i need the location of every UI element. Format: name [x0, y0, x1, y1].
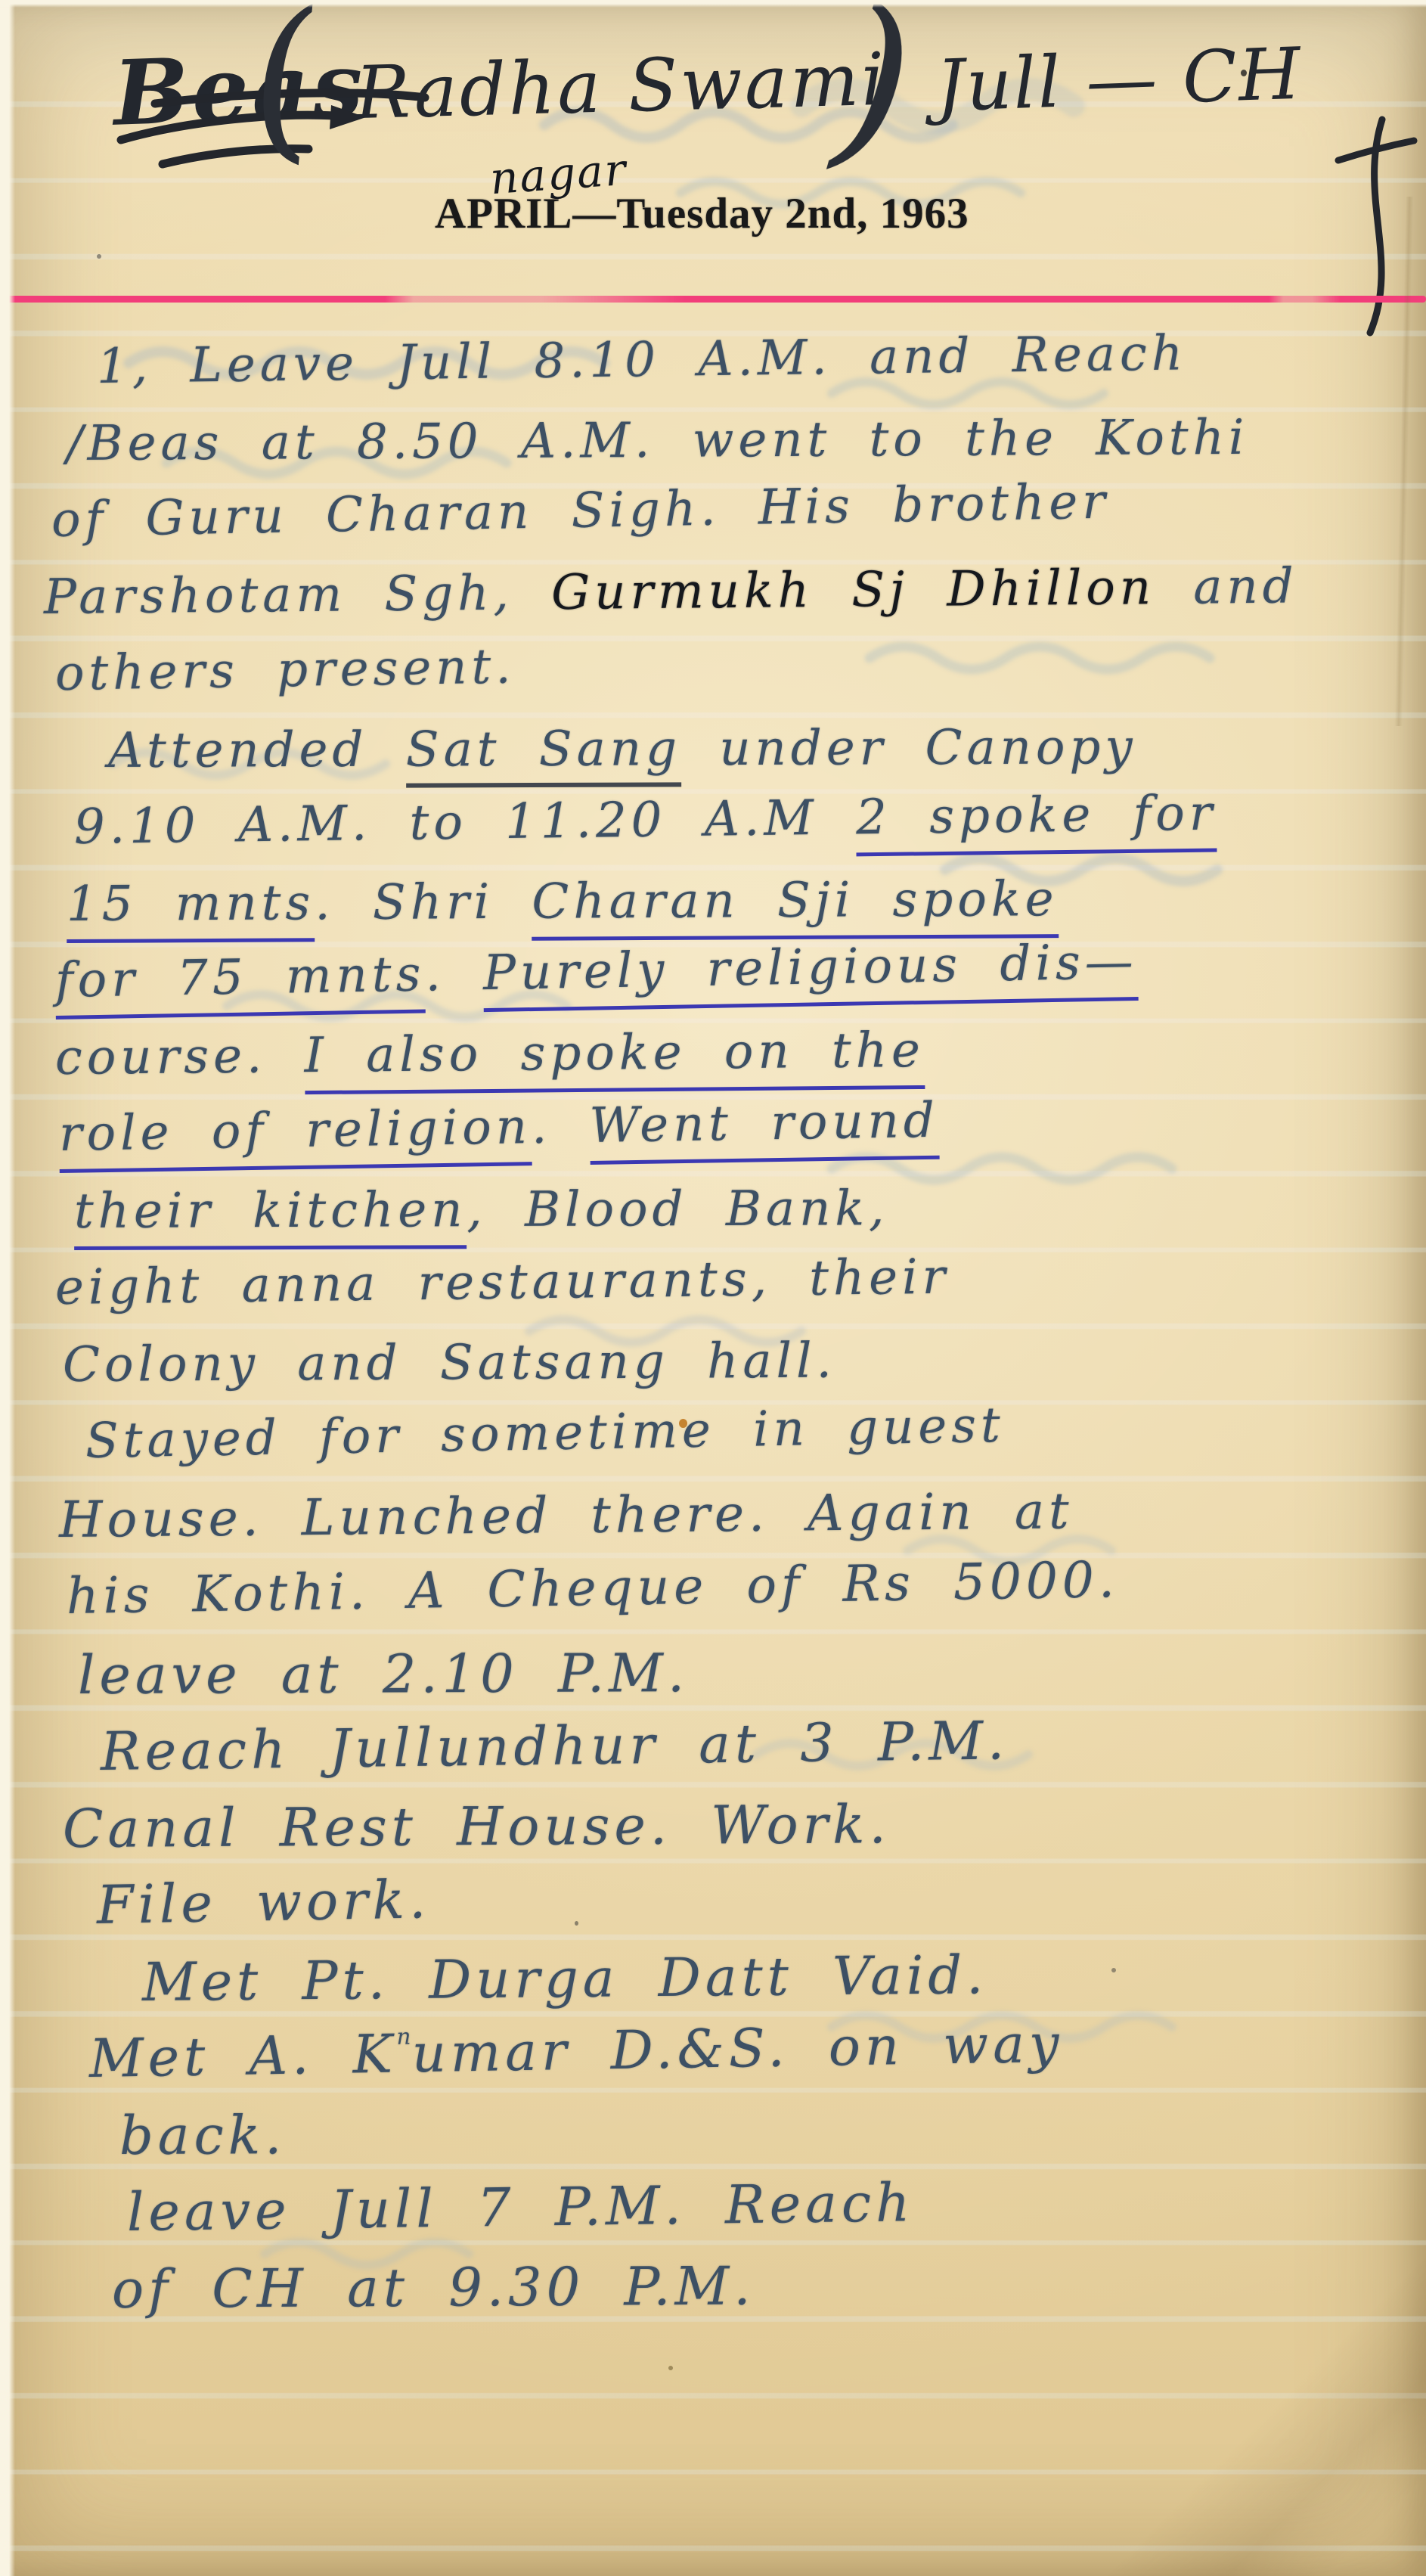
handwritten-text: I also spoke on the: [304, 1022, 925, 1094]
handwritten-line: House. Lunched there. Again at: [59, 1482, 1074, 1549]
handwritten-text: Colony and Satsang hall.: [63, 1333, 836, 1392]
handwritten-text: 2 spoke for: [856, 786, 1217, 857]
handwritten-text: .: [531, 1098, 590, 1155]
handwritten-text: Met A. K: [88, 2023, 397, 2090]
scan-edge-top: [0, 0, 1426, 8]
route-text: Jull — CH: [935, 33, 1304, 129]
handwritten-line: eight anna restaurants, their: [55, 1249, 950, 1316]
handwritten-text: File work.: [96, 1868, 431, 1936]
handwritten-text: Went round: [589, 1093, 940, 1165]
handwritten-text: . Shri: [315, 874, 532, 931]
scan-edge-left: [0, 0, 15, 2576]
handwritten-text: /Beas at 8.50 A.M. went to the Kothi: [67, 409, 1249, 471]
handwritten-line: leave Jull 7 P.M. Reach: [126, 2171, 914, 2243]
handwritten-text: their kitchen: [74, 1182, 467, 1250]
handwritten-text: Purely religious dis—: [482, 934, 1138, 1012]
handwritten-line: 15 mnts. Shri Charan Sji spoke: [67, 871, 1059, 933]
handwritten-line: of CH at 9.30 P.M.: [112, 2255, 755, 2320]
handwritten-text: Gurmukh Sj Dhillon: [551, 560, 1156, 621]
stain-spot: [679, 1419, 687, 1428]
ink-speck: [575, 1921, 578, 1926]
handwritten-text: Charan Sji spoke: [532, 871, 1059, 941]
handwritten-line: their kitchen, Blood Bank,: [74, 1181, 889, 1240]
handwritten-text: n: [396, 2024, 411, 2050]
handwritten-text: Canal Rest House. Work.: [63, 1793, 891, 1860]
handwritten-text: others present.: [54, 638, 516, 702]
ink-speck: [97, 254, 101, 259]
handwritten-text: Reach Jullundhur at 3 P.M.: [100, 1709, 1009, 1783]
ink-speck: [1241, 70, 1247, 76]
handwritten-text: back.: [119, 2104, 287, 2167]
handwritten-text: role of religion: [58, 1099, 532, 1173]
ink-speck: [1111, 1968, 1116, 1972]
handwritten-line: Parshotam Sgh, Gurmukh Sj Dhillon and: [44, 558, 1298, 625]
diary-page-scan: Beas ( Radha Swami nagar ) Jull — CH APR…: [0, 0, 1426, 2576]
handwritten-text: Parshotam Sgh,: [44, 565, 552, 625]
handwritten-line: others present.: [54, 638, 516, 702]
handwritten-text: under Canopy: [681, 719, 1137, 777]
header-title: Radha Swami: [355, 37, 888, 135]
handwritten-text: 15 mnts: [67, 875, 315, 943]
handwritten-text: course.: [55, 1028, 305, 1086]
handwritten-line: back.: [119, 2104, 287, 2167]
handwritten-line: course. I also spoke on the: [55, 1022, 925, 1085]
date-divider-rule: [0, 296, 1426, 303]
handwritten-text: Attended: [108, 722, 406, 778]
printed-date: APRIL—Tuesday 2nd, 1963: [435, 189, 969, 238]
handwritten-text: leave Jull 7 P.M. Reach: [126, 2171, 914, 2243]
handwritten-text: leave at 2.10 P.M.: [78, 1642, 689, 1706]
handwritten-text: and: [1155, 558, 1298, 616]
handwritten-line: Met Pt. Durga Datt Vaid.: [142, 1944, 988, 2013]
handwritten-text: 9.10 A.M. to 11.20 A.M: [74, 790, 857, 855]
handwritten-line: Attended Sat Sang under Canopy: [108, 719, 1137, 779]
handwritten-text: eight anna restaurants, their: [55, 1249, 950, 1316]
handwritten-text: House. Lunched there. Again at: [59, 1482, 1074, 1549]
handwritten-text: for 75 mnts: [54, 946, 426, 1020]
paper-crease: [1033, 2258, 1426, 2576]
handwritten-text: , Blood Bank,: [467, 1181, 888, 1238]
handwritten-line: Reach Jullundhur at 3 P.M.: [100, 1709, 1009, 1783]
handwritten-text: umar D.&S. on way: [411, 2013, 1064, 2085]
handwritten-text: of CH at 9.30 P.M.: [112, 2255, 755, 2320]
handwritten-line: Canal Rest House. Work.: [63, 1793, 891, 1860]
handwritten-text: Sat Sang: [406, 721, 682, 787]
handwritten-text: Met Pt. Durga Datt Vaid.: [142, 1944, 988, 2013]
handwritten-text: .: [425, 945, 484, 1002]
handwritten-line: Colony and Satsang hall.: [63, 1333, 836, 1392]
stain-spot: [668, 2366, 673, 2370]
handwritten-line: File work.: [96, 1868, 431, 1936]
handwritten-line: /Beas at 8.50 A.M. went to the Kothi: [67, 409, 1249, 471]
handwritten-line: leave at 2.10 P.M.: [78, 1642, 689, 1706]
